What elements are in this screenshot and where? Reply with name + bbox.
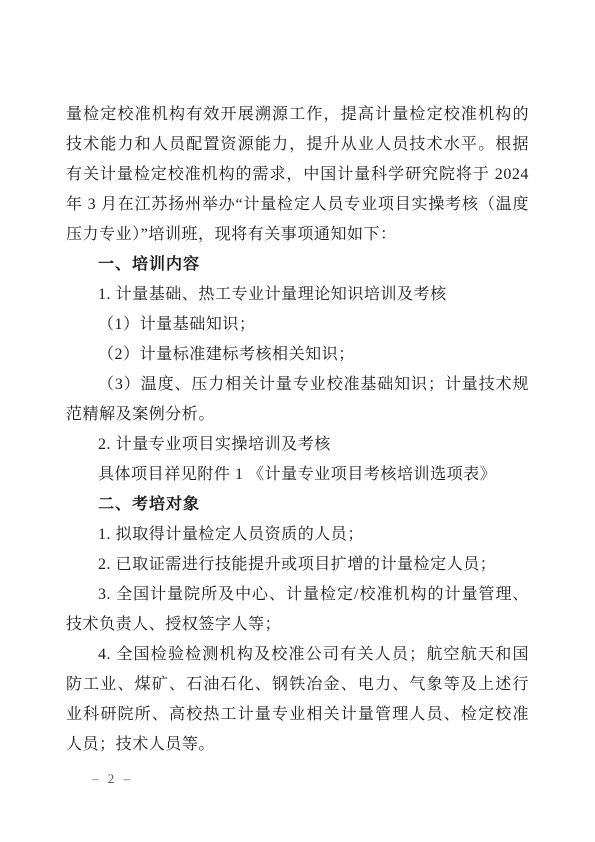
paragraph: （1）计量基础知识； xyxy=(66,310,529,340)
paragraph: 4. 全国检验检测机构及校准公司有关人员；航空航天和国防工业、煤矿、石油石化、钢… xyxy=(66,640,529,760)
section-heading: 二、考培对象 xyxy=(66,490,529,520)
paragraph: 1. 拟取得计量检定人员资质的人员； xyxy=(66,520,529,550)
paragraph: 量检定校准机构有效开展溯源工作，提高计量检定校准机构的技术能力和人员配置资源能力… xyxy=(66,100,529,250)
paragraph: （2）计量标准建标考核相关知识； xyxy=(66,340,529,370)
paragraph: 具体项目祥见附件 1 《计量专业项目考核培训选项表》 xyxy=(66,460,529,490)
page-number: – 2 – xyxy=(92,770,133,788)
document-body: 量检定校准机构有效开展溯源工作，提高计量检定校准机构的技术能力和人员配置资源能力… xyxy=(66,100,529,760)
paragraph: （3）温度、压力相关计量专业校准基础知识；计量技术规范精解及案例分析。 xyxy=(66,370,529,430)
paragraph: 3. 全国计量院所及中心、计量检定/校准机构的计量管理、技术负责人、授权签字人等… xyxy=(66,580,529,640)
paragraph: 2. 已取证需进行技能提升或项目扩增的计量检定人员； xyxy=(66,550,529,580)
paragraph: 1. 计量基础、热工专业计量理论知识培训及考核 xyxy=(66,280,529,310)
section-heading: 一、培训内容 xyxy=(66,250,529,280)
paragraph: 2. 计量专业项目实操培训及考核 xyxy=(66,430,529,460)
document-page: 量检定校准机构有效开展溯源工作，提高计量检定校准机构的技术能力和人员配置资源能力… xyxy=(0,0,595,842)
